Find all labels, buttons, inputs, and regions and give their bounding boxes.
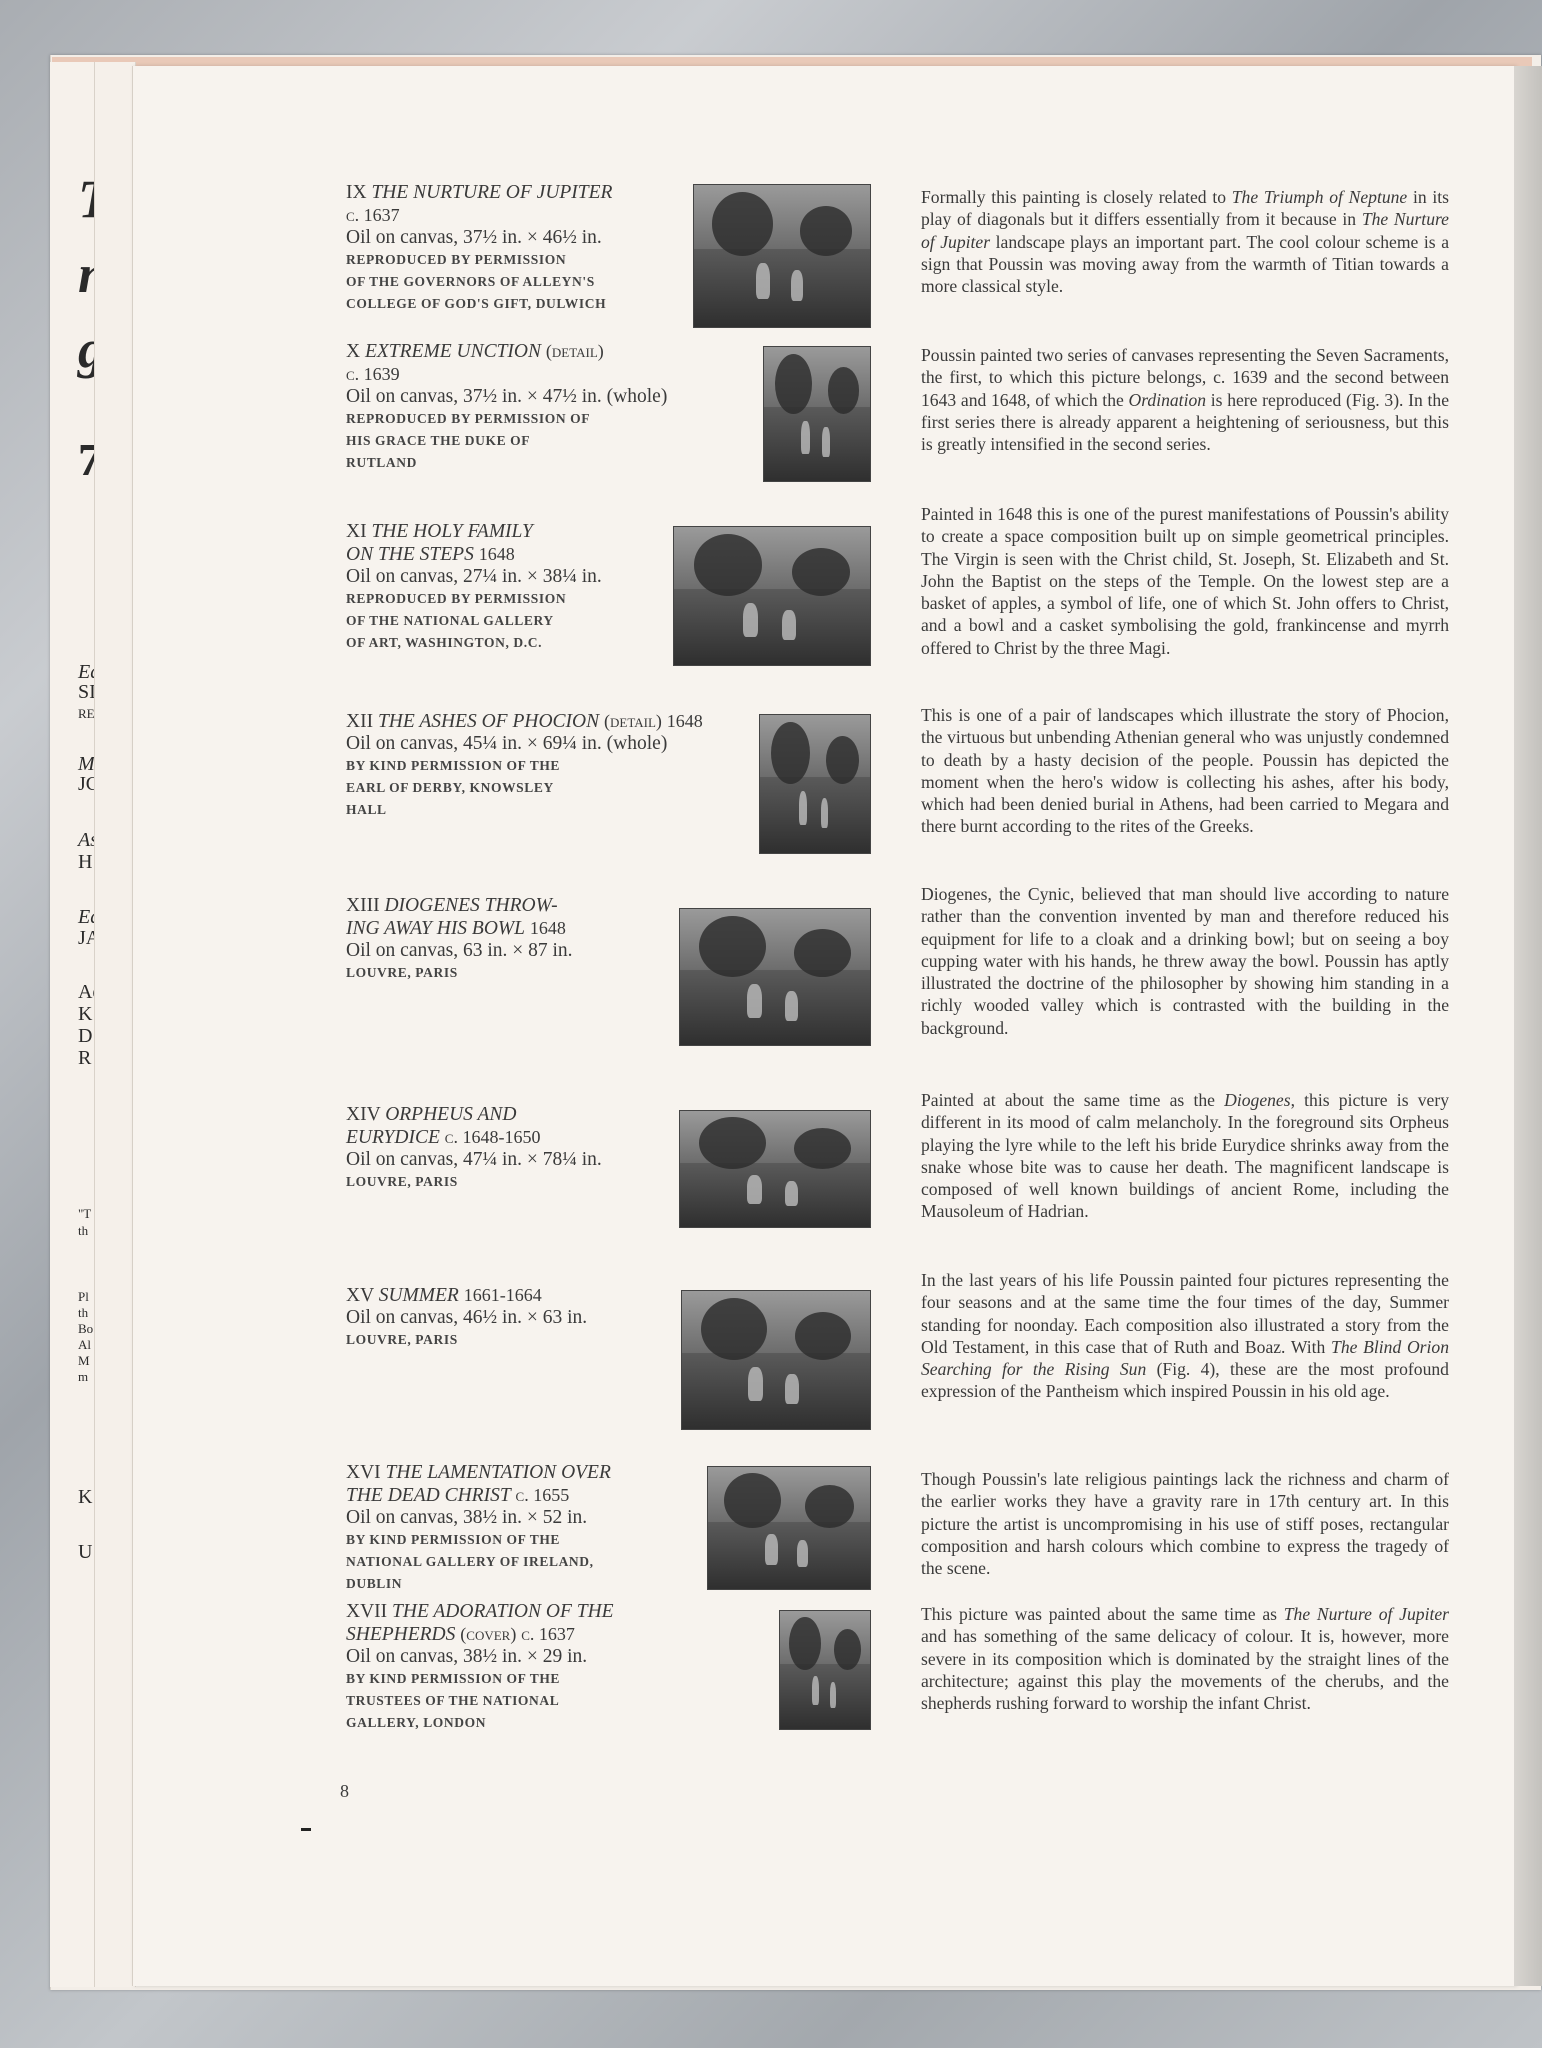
entry-credit-line: LOUVRE, PARIS: [346, 962, 573, 984]
painting-title: EXTREME UNCTION: [365, 341, 541, 362]
catalogue-entry: XV SUMMER 1661-1664Oil on canvas, 46½ in…: [346, 1284, 587, 1351]
underlying-text-fragment: M: [78, 1354, 90, 1367]
entry-credit-line: LOUVRE, PARIS: [346, 1329, 587, 1351]
entry-title: XVII THE ADORATION OF THESHEPHERDS (cove…: [346, 1601, 614, 1646]
commentary-paragraph: This is one of a pair of landscapes whic…: [921, 704, 1449, 838]
entry-date: c. 1639: [346, 364, 400, 384]
entry-credit-line: TRUSTEES OF THE NATIONAL: [346, 1690, 614, 1712]
entry-credit-line: RUTLAND: [346, 452, 667, 474]
catalogue-entry: XVI THE LAMENTATION OVERTHE DEAD CHRIST …: [346, 1462, 611, 1595]
entry-medium: Oil on canvas, 38½ in. × 29 in.: [346, 1646, 614, 1668]
underlying-text-fragment: RE: [78, 707, 95, 720]
entry-credit-line: REPRODUCED BY PERMISSION: [346, 588, 602, 610]
catalogue-entry: XIV ORPHEUS ANDEURYDICE c. 1648-1650Oil …: [346, 1104, 602, 1193]
entry-note: (cover): [460, 1624, 516, 1644]
entry-title: X EXTREME UNCTION (detail)c. 1639: [346, 340, 667, 386]
underlying-text-fragment: m: [78, 1370, 88, 1383]
entry-credit-line: OF THE GOVERNORS OF ALLEYN'S: [346, 271, 612, 293]
underlying-text-fragment: th: [78, 1306, 88, 1319]
underlying-text-fragment: U: [78, 1542, 92, 1562]
painting-thumbnail: [707, 1466, 871, 1590]
entry-medium: Oil on canvas, 37½ in. × 47½ in. (whole): [346, 386, 667, 408]
catalogue-entry: XVII THE ADORATION OF THESHEPHERDS (cove…: [346, 1601, 614, 1734]
painting-title: THE DEAD CHRIST: [346, 1485, 511, 1506]
underlying-text-fragment: "T: [78, 1207, 91, 1220]
underlying-text-fragment: th: [78, 1224, 88, 1237]
entry-medium: Oil on canvas, 47¼ in. × 78¼ in.: [346, 1149, 602, 1171]
page-shadow: [1514, 66, 1542, 1986]
commentary-paragraph: Formally this painting is closely relate…: [921, 186, 1449, 297]
entry-credit-line: BY KIND PERMISSION OF THE: [346, 755, 703, 777]
plate-number: XVI: [346, 1462, 381, 1483]
entry-credit-line: OF ART, WASHINGTON, D.C.: [346, 632, 602, 654]
commentary-paragraph: Painted at about the same time as the Di…: [921, 1089, 1449, 1223]
entry-date: 1648: [667, 711, 703, 731]
painting-title: THE ASHES OF PHOCION: [378, 711, 599, 732]
entry-date: c. 1637: [521, 1624, 575, 1644]
plate-number: X: [346, 341, 360, 362]
entry-credit-line: EARL OF DERBY, KNOWSLEY: [346, 777, 703, 799]
painting-title: SHEPHERDS: [346, 1624, 455, 1645]
commentary-paragraph: This picture was painted about the same …: [921, 1603, 1449, 1714]
entry-date: 1648: [530, 918, 566, 938]
painting-thumbnail: [673, 526, 871, 666]
commentary-paragraph: In the last years of his life Poussin pa…: [921, 1269, 1449, 1403]
entry-credit-line: DUBLIN: [346, 1573, 611, 1595]
painting-title: THE ADORATION OF THE: [392, 1601, 614, 1622]
plate-number: IX: [346, 182, 367, 203]
painting-title: ORPHEUS AND: [385, 1104, 516, 1125]
entry-credit-line: REPRODUCED BY PERMISSION OF: [346, 408, 667, 430]
underlying-text-fragment: K: [78, 1487, 92, 1507]
painting-thumbnail: [693, 184, 871, 328]
entry-credit-line: COLLEGE OF GOD'S GIFT, DULWICH: [346, 293, 612, 315]
catalogue-entry: XII THE ASHES OF PHOCION (detail) 1648Oi…: [346, 710, 703, 821]
painting-title: THE HOLY FAMILY: [371, 521, 532, 542]
entry-medium: Oil on canvas, 37½ in. × 46½ in.: [346, 227, 612, 249]
commentary-paragraph: Diogenes, the Cynic, believed that man s…: [921, 883, 1449, 1039]
entry-title: XIII DIOGENES THROW-ING AWAY HIS BOWL 16…: [346, 895, 573, 940]
entry-credit-line: NATIONAL GALLERY OF IRELAND,: [346, 1551, 611, 1573]
painting-thumbnail: [679, 1110, 871, 1228]
entry-title: XIV ORPHEUS ANDEURYDICE c. 1648-1650: [346, 1104, 602, 1149]
painting-title: EURYDICE: [346, 1127, 440, 1148]
entry-credit-line: HALL: [346, 799, 703, 821]
painting-title: THE NURTURE OF JUPITER: [371, 182, 612, 203]
entry-medium: Oil on canvas, 27¼ in. × 38¼ in.: [346, 566, 602, 588]
underlying-text-fragment: Bo: [78, 1322, 93, 1335]
booklet-page: IX THE NURTURE OF JUPITERc. 1637Oil on c…: [132, 66, 1515, 1986]
page-number: 8: [340, 1781, 349, 1802]
underlying-text-fragment: D: [78, 1026, 92, 1046]
entry-note: (detail): [604, 711, 662, 731]
painting-thumbnail: [779, 1610, 871, 1730]
plate-number: XII: [346, 711, 373, 732]
entry-title: XI THE HOLY FAMILYON THE STEPS 1648: [346, 521, 602, 566]
catalogue-entry: X EXTREME UNCTION (detail)c. 1639Oil on …: [346, 340, 667, 474]
entry-date: 1661-1664: [464, 1285, 542, 1305]
painting-thumbnail: [681, 1290, 871, 1430]
entry-credit-line: GALLERY, LONDON: [346, 1712, 614, 1734]
painting-title: THE LAMENTATION OVER: [386, 1462, 611, 1483]
entry-title: IX THE NURTURE OF JUPITERc. 1637: [346, 182, 612, 227]
entry-date: c. 1648-1650: [445, 1127, 541, 1147]
entry-note: (detail): [546, 341, 604, 361]
plate-number: XIV: [346, 1104, 380, 1125]
entry-credit-line: BY KIND PERMISSION OF THE: [346, 1529, 611, 1551]
painting-thumbnail: [759, 714, 871, 854]
plate-number: XI: [346, 521, 367, 542]
entry-medium: Oil on canvas, 38½ in. × 52 in.: [346, 1507, 611, 1529]
painting-thumbnail: [763, 346, 871, 482]
entry-title: XV SUMMER 1661-1664: [346, 1284, 587, 1307]
entry-credit-line: LOUVRE, PARIS: [346, 1171, 602, 1193]
entry-credit-line: OF THE NATIONAL GALLERY: [346, 610, 602, 632]
painting-title: ING AWAY HIS BOWL: [346, 918, 525, 939]
painting-title: DIOGENES THROW-: [384, 895, 557, 916]
underlying-text-fragment: Pl: [78, 1290, 89, 1303]
entry-title: XVI THE LAMENTATION OVERTHE DEAD CHRIST …: [346, 1462, 611, 1507]
entry-date: c. 1637: [346, 205, 400, 225]
ink-mark: [301, 1828, 311, 1831]
underlying-text-fragment: Al: [78, 1338, 91, 1351]
entry-medium: Oil on canvas, 46½ in. × 63 in.: [346, 1307, 587, 1329]
painting-title: ON THE STEPS: [346, 544, 474, 565]
commentary-paragraph: Though Poussin's late religious painting…: [921, 1468, 1449, 1579]
painting-title: SUMMER: [379, 1285, 459, 1306]
entry-credit-line: HIS GRACE THE DUKE OF: [346, 430, 667, 452]
catalogue-entry: XI THE HOLY FAMILYON THE STEPS 1648Oil o…: [346, 521, 602, 654]
underlying-text-fragment: H: [78, 852, 92, 872]
commentary-paragraph: Poussin painted two series of canvases r…: [921, 344, 1449, 455]
catalogue-entry: IX THE NURTURE OF JUPITERc. 1637Oil on c…: [346, 182, 612, 315]
entry-medium: Oil on canvas, 63 in. × 87 in.: [346, 940, 573, 962]
underlying-text-fragment: K: [78, 1004, 92, 1024]
entry-credit-line: REPRODUCED BY PERMISSION: [346, 249, 612, 271]
catalogue-entry: XIII DIOGENES THROW-ING AWAY HIS BOWL 16…: [346, 895, 573, 984]
plate-number: XVII: [346, 1601, 387, 1622]
plate-number: XV: [346, 1285, 374, 1306]
painting-thumbnail: [679, 908, 871, 1046]
plate-number: XIII: [346, 895, 380, 916]
page-edge-strip: [94, 62, 136, 1987]
entry-date: c. 1655: [516, 1485, 570, 1505]
entry-title: XII THE ASHES OF PHOCION (detail) 1648: [346, 710, 703, 733]
entry-medium: Oil on canvas, 45¼ in. × 69¼ in. (whole): [346, 733, 703, 755]
entry-credit-line: BY KIND PERMISSION OF THE: [346, 1668, 614, 1690]
commentary-paragraph: Painted in 1648 this is one of the pures…: [921, 503, 1449, 659]
underlying-text-fragment: R: [78, 1048, 91, 1068]
entry-date: 1648: [479, 544, 515, 564]
underlying-text-fragment: M: [78, 754, 95, 774]
